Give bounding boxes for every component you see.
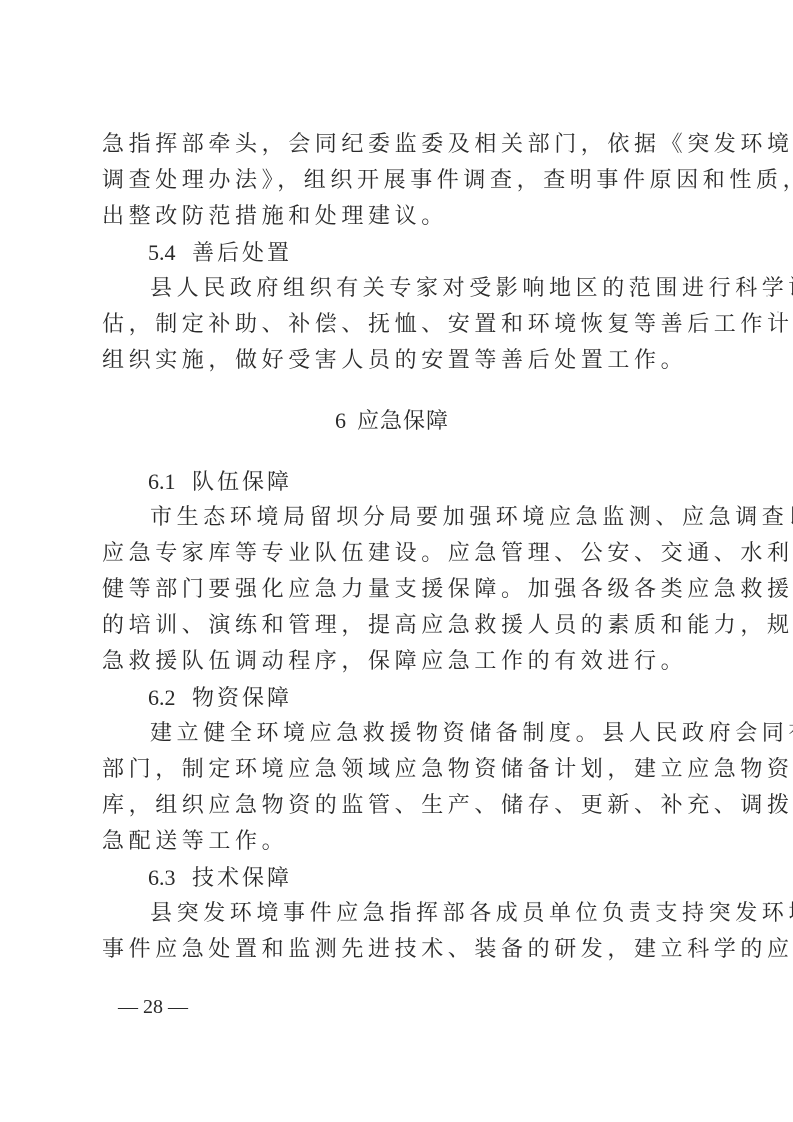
subsection-number: 6.2 [148, 680, 192, 716]
text-line: 组织实施，做好受害人员的安置等善后处置工作。 [102, 343, 692, 379]
text-line: 部门，制定环境应急领域应急物资储备计划，建立应急物资储备 [102, 752, 692, 788]
text-line: 县突发环境事件应急指挥部各成员单位负责支持突发环境 [102, 896, 692, 932]
scan-speck [777, 311, 779, 313]
paragraph-5-4: 县人民政府组织有关专家对受影响地区的范围进行科学评 估，制定补助、补偿、抚恤、安… [102, 271, 692, 379]
text-line: 健等部门要强化应急力量支援保障。加强各级各类应急救援队伍 [102, 572, 692, 608]
text-line: 库，组织应急物资的监管、生产、储存、更新、补充、调拨和紧 [102, 788, 692, 824]
subsection-heading-6-1: 6.1队伍保障 [102, 464, 692, 500]
subsection-title: 物资保障 [192, 686, 292, 711]
document-page: 急指挥部牵头，会同纪委监委及相关部门，依据《突发环境事件 调查处理办法》，组织开… [102, 127, 692, 968]
text-line: 市生态环境局留坝分局要加强环境应急监测、应急调查以及 [102, 500, 692, 536]
subsection-heading-6-3: 6.3技术保障 [102, 860, 692, 896]
subsection-number: 6.1 [148, 464, 192, 500]
text-line: 调查处理办法》，组织开展事件调查，查明事件原因和性质，提 [102, 163, 692, 199]
subsection-number: 5.4 [148, 235, 192, 271]
subsection-heading-6-2: 6.2物资保障 [102, 680, 692, 716]
text-line: 县人民政府组织有关专家对受影响地区的范围进行科学评 [102, 271, 692, 307]
text-line: 建立健全环境应急救援物资储备制度。县人民政府会同有关 [102, 716, 692, 752]
paragraph-6-1: 市生态环境局留坝分局要加强环境应急监测、应急调查以及 应急专家库等专业队伍建设。… [102, 500, 692, 680]
subsection-title: 技术保障 [192, 866, 292, 891]
scan-speck [766, 295, 768, 297]
text-line: 的培训、演练和管理，提高应急救援人员的素质和能力，规范应 [102, 608, 692, 644]
text-line: 应急专家库等专业队伍建设。应急管理、公安、交通、水利、卫 [102, 536, 692, 572]
subsection-title: 善后处置 [192, 241, 292, 266]
paragraph-6-2: 建立健全环境应急救援物资储备制度。县人民政府会同有关 部门，制定环境应急领域应急… [102, 716, 692, 860]
paragraph-continuation: 急指挥部牵头，会同纪委监委及相关部门，依据《突发环境事件 调查处理办法》，组织开… [102, 127, 692, 235]
subsection-heading-5-4: 5.4善后处置 [102, 235, 692, 271]
text-line: 急配送等工作。 [102, 824, 692, 860]
section-heading-6: 6应急保障 [102, 403, 692, 440]
text-line: 急指挥部牵头，会同纪委监委及相关部门，依据《突发环境事件 [102, 127, 692, 163]
text-line: 出整改防范措施和处理建议。 [102, 199, 692, 235]
section-title: 应急保障 [357, 409, 449, 434]
text-line: 急救援队伍调动程序，保障应急工作的有效进行。 [102, 644, 692, 680]
subsection-number: 6.3 [148, 860, 192, 896]
paragraph-6-3: 县突发环境事件应急指挥部各成员单位负责支持突发环境 事件应急处置和监测先进技术、… [102, 896, 692, 968]
section-number: 6 [335, 408, 347, 433]
page-number: — 28 — [118, 996, 188, 1019]
subsection-title: 队伍保障 [192, 470, 292, 495]
text-line: 估，制定补助、补偿、抚恤、安置和环境恢复等善后工作计划并 [102, 307, 692, 343]
text-line: 事件应急处置和监测先进技术、装备的研发，建立科学的应急指 [102, 932, 692, 968]
